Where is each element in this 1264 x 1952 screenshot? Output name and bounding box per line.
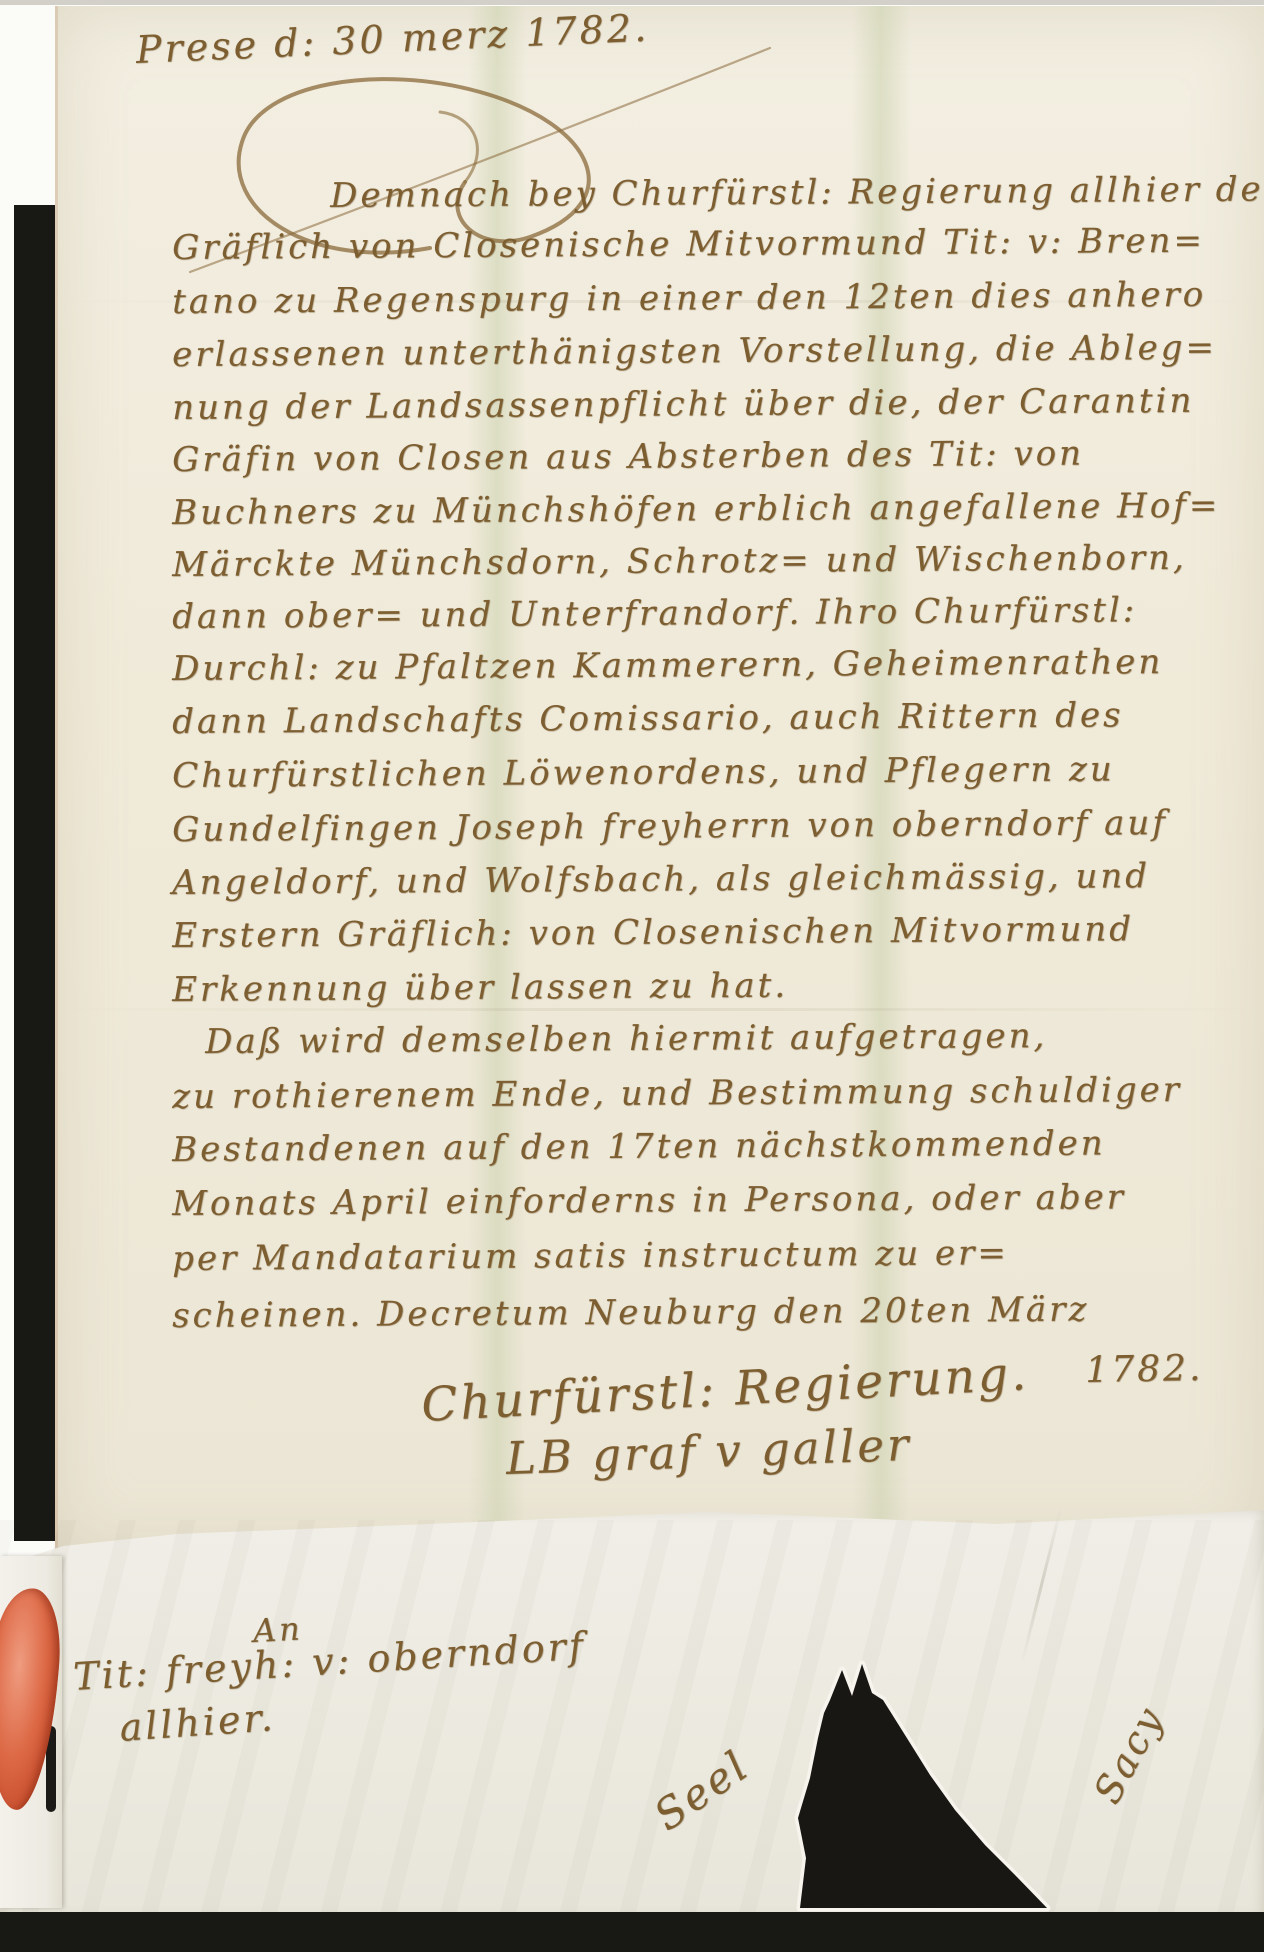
ink-line: nung der Landsassenpflicht über die, der… — [172, 381, 1194, 428]
ink-line: Gräfin von Closen aus Absterben des Tit:… — [172, 434, 1084, 480]
ink-line: Angeldorf, und Wolfsbach, als gleichmäss… — [172, 856, 1150, 903]
ink-line: scheinen. Decretum Neuburg den 20ten Mär… — [172, 1290, 1089, 1336]
scan-root: Prese d: 30 merz 1782.Demnach bey Churfü… — [0, 0, 1264, 1952]
ink-line: Bestandenen auf den 17ten nächstkommende… — [172, 1123, 1106, 1170]
ink-line: Erkennung über lassen zu hat. — [172, 966, 788, 1010]
ink-line: tano zu Regenspurg in einer den 12ten di… — [172, 275, 1206, 322]
ink-line: dann Landschafts Comissario, auch Ritter… — [172, 695, 1124, 742]
ink-line: allhier. — [118, 1695, 277, 1750]
ink-layer: Prese d: 30 merz 1782.Demnach bey Churfü… — [0, 0, 1264, 1952]
ink-line: Gräflich von Closenische Mitvormund Tit:… — [172, 221, 1205, 268]
ink-line: Monats April einforderns in Persona, ode… — [172, 1177, 1126, 1224]
ink-line: Prese d: 30 merz 1782. — [135, 6, 650, 72]
ink-line: Daß wird demselben hiermit aufgetragen, — [205, 1016, 1047, 1062]
ink-line: LB graf v galler — [505, 1418, 912, 1485]
ink-line: Erstern Gräflich: von Closenischen Mitvo… — [172, 909, 1134, 956]
ink-line: Gundelfingen Joseph freyherrn von obernd… — [172, 803, 1168, 850]
ink-line: Churfürstlichen Löwenordens, und Pfleger… — [172, 749, 1115, 796]
ink-line: Buchners zu Münchshöfen erblich angefall… — [172, 486, 1220, 533]
ink-line: Sacy — [1085, 1699, 1172, 1811]
ink-line: Märckte Münchsdorn, Schrotz= und Wischen… — [172, 538, 1187, 585]
ink-line: 1782. — [1085, 1348, 1204, 1391]
ink-line: Seel — [645, 1740, 758, 1840]
ink-line: dann ober= und Unterfrandorf. Ihro Churf… — [172, 590, 1137, 637]
ink-line: erlassenen unterthänigsten Vorstellung, … — [172, 328, 1217, 375]
ink-line: per Mandatarium satis instructum zu er= — [172, 1233, 1009, 1279]
ink-line: Demnach bey Churfürstl: Regierung allhie… — [330, 169, 1264, 216]
ink-line: Churfürstl: Regierung. — [420, 1346, 1030, 1433]
ink-line: Tit: freyh: v: oberndorf — [72, 1624, 587, 1699]
ink-line: zu rothierenem Ende, und Bestimmung schu… — [172, 1070, 1182, 1117]
ink-line: Durchl: zu Pfaltzen Kammerern, Geheimenr… — [172, 642, 1163, 689]
